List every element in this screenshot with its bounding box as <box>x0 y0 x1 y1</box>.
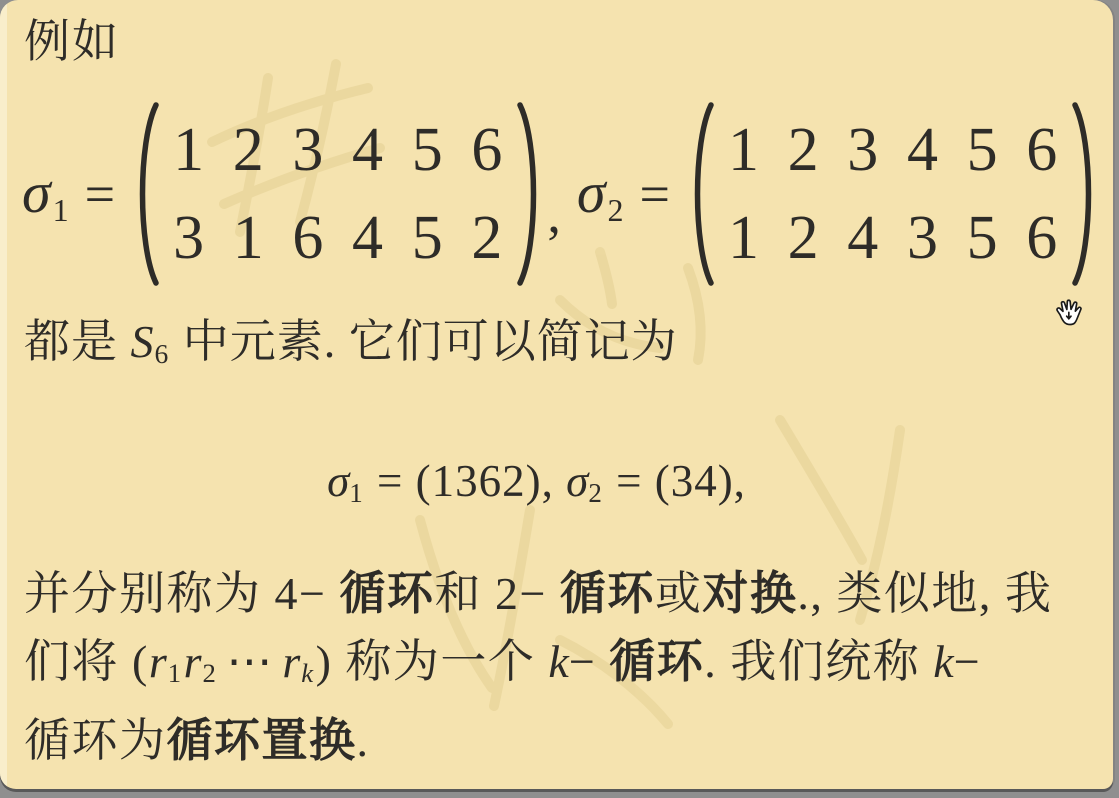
text-segment: ) 称为一个 <box>316 636 549 687</box>
text-segment: − <box>569 636 609 687</box>
math-r: r <box>149 636 167 687</box>
bold-term-cycle: 循环 <box>560 568 655 619</box>
math-sub: 2 <box>202 658 217 688</box>
matrix-row: 1 2 3 4 5 6 <box>728 119 1058 181</box>
bold-term-cycle: 循环 <box>609 636 704 687</box>
right-paren <box>1070 100 1100 288</box>
matrix-row: 1 2 3 4 5 6 <box>173 119 503 181</box>
equals-sign: = <box>85 163 115 225</box>
text-line-elements: 都是 S6 中元素. 它们可以简记为 <box>24 312 1083 372</box>
bold-term-transposition: 对换 <box>702 568 797 619</box>
math-r: r <box>184 636 202 687</box>
math-sub: 1 <box>168 658 183 688</box>
sigma-glyph: σ <box>22 160 51 225</box>
text-segment: . <box>357 715 370 766</box>
text-segment: 们将 ( <box>24 636 149 687</box>
sigma2-symbol: σ2 <box>577 159 624 229</box>
right-paren <box>515 100 545 288</box>
document-card: 例如 σ1 = 1 2 3 4 5 6 3 1 6 4 5 2 , σ2 = 1… <box>0 0 1113 789</box>
set-symbol-S: S <box>131 316 154 367</box>
matrix-row: 3 1 6 4 5 2 <box>173 207 503 269</box>
sigma2-subscript: 2 <box>588 478 603 508</box>
matrix-sigma1: 1 2 3 4 5 6 3 1 6 4 5 2 <box>131 100 545 288</box>
text-segment: 中元素. 它们可以简记为 <box>170 316 678 367</box>
text-segment: 并分别称为 4− <box>24 568 339 619</box>
matrix-sigma2-cells: 1 2 3 4 5 6 1 2 4 3 5 6 <box>716 119 1070 269</box>
sigma-glyph: σ <box>577 160 606 225</box>
sigma-glyph: σ <box>566 456 588 506</box>
sigma1-symbol: σ1 <box>22 159 69 229</box>
paragraph-cycle-naming: 并分别称为 4− 循环和 2− 循环或对换., 类似地, 我们将 (r1r2⋯r… <box>24 560 1079 775</box>
math-k: k <box>548 636 568 687</box>
sigma2-subscript: 2 <box>608 192 624 228</box>
equation-segment: = (1362), <box>365 456 566 506</box>
matrix-sigma1-cells: 1 2 3 4 5 6 3 1 6 4 5 2 <box>161 119 515 269</box>
text-segment: 或 <box>655 568 703 619</box>
hand-cursor-icon <box>1048 296 1088 338</box>
matrix-sigma2: 1 2 3 4 5 6 1 2 4 3 5 6 <box>686 100 1100 288</box>
bold-term-cyclic-permutation: 循环置换 <box>167 715 357 766</box>
text-segment: 都是 <box>24 316 131 367</box>
page: { "example_label": "例如", "matrices_line"… <box>0 0 1119 798</box>
cdots: ⋯ <box>226 636 274 687</box>
comma-separator: , <box>547 183 561 245</box>
sigma-glyph: σ <box>327 456 349 506</box>
text-segment: . 我们统称 <box>704 636 933 687</box>
text-segment: 循环为 <box>24 715 167 766</box>
text-segment: ., 类似地, 我 <box>797 568 1052 619</box>
left-paren <box>131 100 161 288</box>
math-k: k <box>933 636 953 687</box>
matrix-equation-row: σ1 = 1 2 3 4 5 6 3 1 6 4 5 2 , σ2 = 1 2 … <box>22 100 1113 288</box>
heading-example: 例如 <box>24 14 120 69</box>
sigma1-subscript: 1 <box>53 192 69 228</box>
equals-sign: = <box>640 163 670 225</box>
text-segment: − <box>954 636 981 687</box>
math-sub-k: k <box>301 658 314 688</box>
left-paren <box>686 100 716 288</box>
centered-cycle-equation: σ1 = (1362), σ2 = (34), <box>0 455 1073 509</box>
text-segment: 和 2− <box>434 568 559 619</box>
matrix-row: 1 2 4 3 5 6 <box>728 207 1058 269</box>
math-r: r <box>282 636 300 687</box>
equation-segment: = (34), <box>604 456 746 506</box>
set-subscript-6: 6 <box>155 338 170 369</box>
sigma1-subscript: 1 <box>349 478 364 508</box>
bold-term-cycle: 循环 <box>339 568 434 619</box>
